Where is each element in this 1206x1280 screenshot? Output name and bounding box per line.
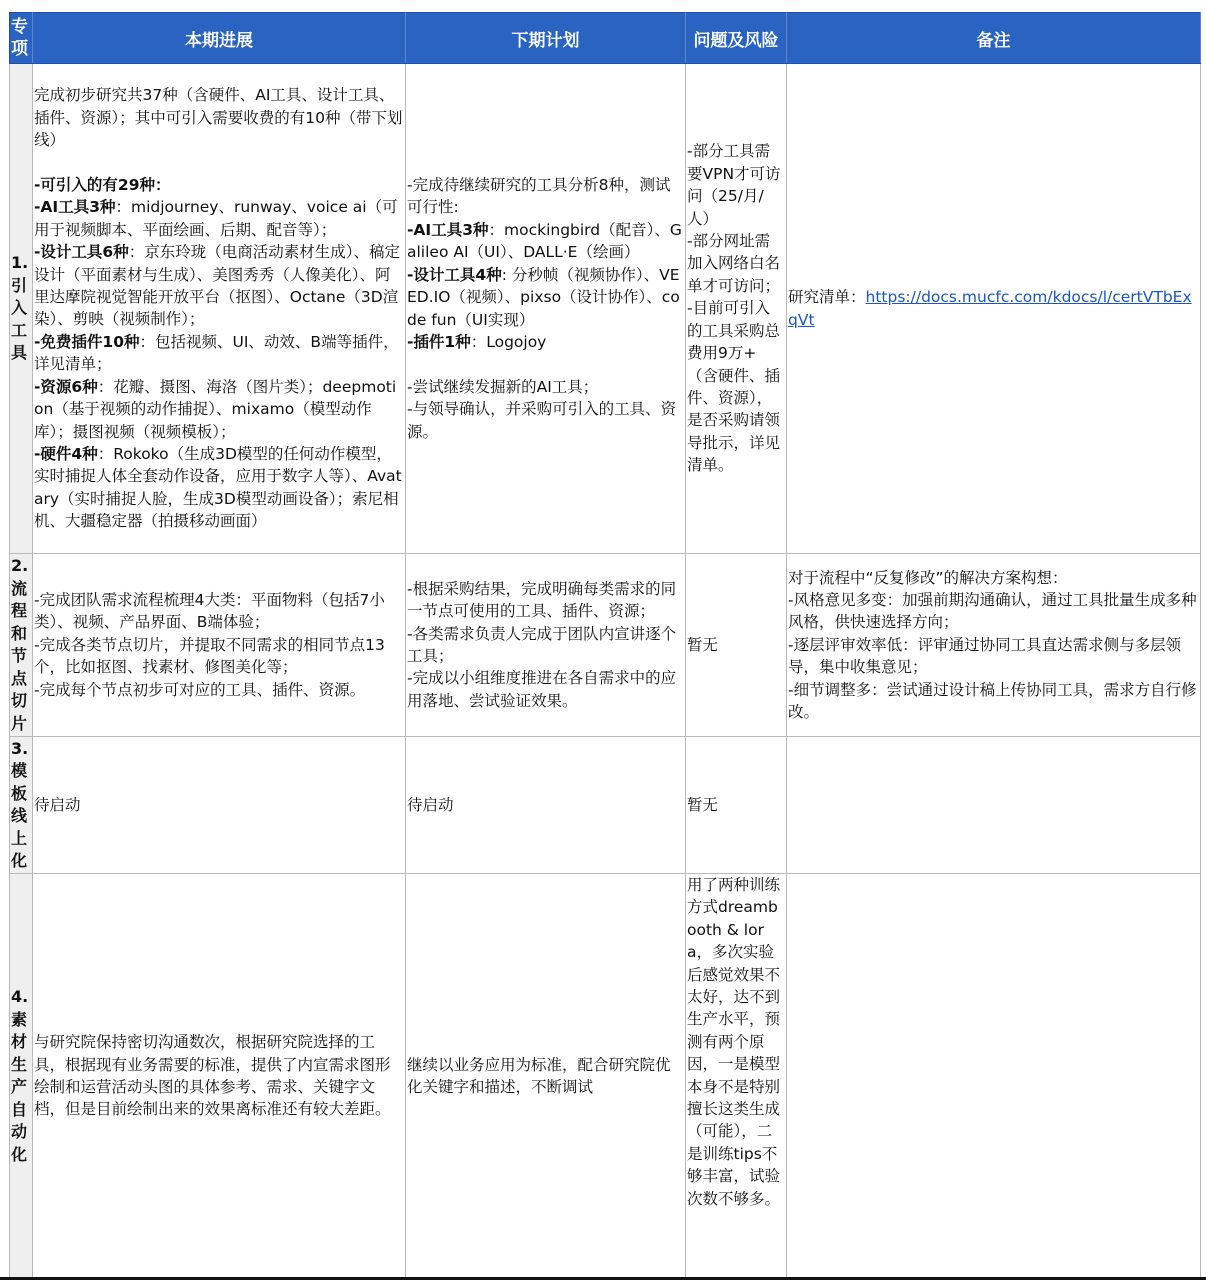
risk-line: 用了两种训练方式dreambooth & lora，多次实验后感觉效果不太好，达… (687, 874, 785, 1210)
risks-cell[interactable]: 暂无 (686, 737, 787, 874)
note-line: -风格意见多变：加强前期沟通确认，通过工具批量生成多种风格，供快速选择方向； (788, 589, 1199, 634)
plan-cell[interactable]: -完成待继续研究的工具分析8种，测试可行性: -AI工具3种：mockingbi… (406, 64, 686, 554)
topic-cell[interactable]: 2.流程和节点切片 (10, 554, 33, 737)
risk-line: 暂无 (687, 794, 785, 816)
bold-label: -AI工具3种 (407, 221, 488, 239)
bold-label: -AI工具3种 (34, 198, 115, 216)
notes-prefix: 研究清单： (788, 288, 866, 306)
notes-cell[interactable] (787, 737, 1201, 874)
plan-line: -尝试继续发掘新的AI工具； (407, 376, 684, 398)
progress-line: 待启动 (34, 794, 404, 816)
plan-line: 继续以业务应用为标准，配合研究院优化关键字和描述，不断调试 (407, 1054, 684, 1099)
risk-line: -目前可引入的工具采购总费用9万+（含硬件、插件、资源），是否采购请领导批示，详… (687, 297, 785, 476)
notes-cell[interactable]: 对于流程中“反复修改”的解决方案构想： -风格意见多变：加强前期沟通确认，通过工… (787, 554, 1201, 737)
blank-line (34, 152, 404, 174)
topic-cell[interactable]: 3.模板线上化 (10, 737, 33, 874)
risks-cell[interactable]: 用了两种训练方式dreambooth & lora，多次实验后感觉效果不太好，达… (686, 874, 787, 1279)
notes-cell[interactable] (787, 874, 1201, 1279)
risk-line: -部分工具需要VPN才可访问（25/月/人） (687, 140, 785, 230)
plan-cell[interactable]: 待启动 (406, 737, 686, 874)
progress-line: -完成团队需求流程梳理4大类：平面物料（包括7小类）、视频、产品界面、B端体验； (34, 589, 404, 634)
progress-line: -硬件4种：Rokoko（生成3D模型的任何动作模型，实时捕捉人体全套动作设备，… (34, 443, 404, 533)
topic-cell[interactable]: 1.引入工具 (10, 64, 33, 554)
bold-label: -免费插件10种 (34, 333, 140, 351)
table-row: 1.引入工具 完成初步研究共37种（含硬件、AI工具、设计工具、插件、资源）；其… (10, 64, 1201, 554)
risk-line: 暂无 (687, 634, 785, 656)
note-line: -细节调整多：尝试通过设计稿上传协同工具，需求方自行修改。 (788, 679, 1199, 724)
progress-line: -AI工具3种：midjourney、runway、voice ai（可用于视频… (34, 196, 404, 241)
bold-label: -插件1种 (407, 333, 471, 351)
progress-line: -资源6种：花瓣、摄图、海洛（图片类）；deepmotion（基于视频的动作捕捉… (34, 376, 404, 443)
progress-line: -设计工具6种：京东玲珑（电商活动素材生成）、稿定设计（平面素材与生成）、美图秀… (34, 241, 404, 331)
progress-line: -可引入的有29种： (34, 174, 404, 196)
plan-cell[interactable]: -根据采购结果，完成明确每类需求的同一节点可使用的工具、插件、资源； -各类需求… (406, 554, 686, 737)
progress-cell[interactable]: -完成团队需求流程梳理4大类：平面物料（包括7小类）、视频、产品界面、B端体验；… (33, 554, 406, 737)
risks-cell[interactable]: -部分工具需要VPN才可访问（25/月/人） -部分网址需加入网络白名单才可访问… (686, 64, 787, 554)
blank-line (407, 353, 684, 375)
notes-cell[interactable]: 研究清单：https://docs.mucfc.com/kdocs/l/cert… (787, 64, 1201, 554)
risks-cell[interactable]: 暂无 (686, 554, 787, 737)
table-row: 4.素材生产自动化 与研究院保持密切沟通数次，根据研究院选择的工具，根据现有业务… (10, 874, 1201, 1279)
progress-report-table: 专项 本期进展 下期计划 问题及风险 备注 1.引入工具 完成初步研究共37种（… (9, 12, 1201, 1279)
plan-line: -完成以小组维度推进在各自需求中的应用落地、尝试验证效果。 (407, 667, 684, 712)
plan-line: -与领导确认，并采购可引入的工具、资源。 (407, 398, 684, 443)
bold-label: -资源6种 (34, 378, 98, 396)
plan-line: -设计工具4种: 分秒帧（视频协作）、VEED.IO（视频）、pixso（设计协… (407, 264, 684, 331)
plan-line: -根据采购结果，完成明确每类需求的同一节点可使用的工具、插件、资源； (407, 578, 684, 623)
topic-cell[interactable]: 4.素材生产自动化 (10, 874, 33, 1279)
header-plan[interactable]: 下期计划 (406, 13, 686, 64)
note-line: -逐层评审效率低：评审通过协同工具直达需求侧与多层领导，集中收集意见； (788, 634, 1199, 679)
progress-line: 完成初步研究共37种（含硬件、AI工具、设计工具、插件、资源）；其中可引入需要收… (34, 84, 404, 151)
progress-line: -完成每个节点初步可对应的工具、插件、资源。 (34, 679, 404, 701)
risk-line: -部分网址需加入网络白名单才可访问； (687, 230, 785, 297)
note-line: 对于流程中“反复修改”的解决方案构想： (788, 567, 1199, 589)
plan-line: -AI工具3种：mockingbird（配音）、Galileo AI（UI）、D… (407, 219, 684, 264)
bold-label: -硬件4种 (34, 445, 98, 463)
table-row: 2.流程和节点切片 -完成团队需求流程梳理4大类：平面物料（包括7小类）、视频、… (10, 554, 1201, 737)
progress-cell[interactable]: 完成初步研究共37种（含硬件、AI工具、设计工具、插件、资源）；其中可引入需要收… (33, 64, 406, 554)
header-row: 专项 本期进展 下期计划 问题及风险 备注 (10, 13, 1201, 64)
header-topic[interactable]: 专项 (10, 13, 33, 64)
plan-cell[interactable]: 继续以业务应用为标准，配合研究院优化关键字和描述，不断调试 (406, 874, 686, 1279)
plan-line: -完成待继续研究的工具分析8种，测试可行性: (407, 174, 684, 219)
table-row: 3.模板线上化 待启动 待启动 暂无 (10, 737, 1201, 874)
bold-label: -设计工具6种 (34, 243, 129, 261)
progress-cell[interactable]: 与研究院保持密切沟通数次，根据研究院选择的工具，根据现有业务需要的标准，提供了内… (33, 874, 406, 1279)
plan-line: 待启动 (407, 794, 684, 816)
plan-line: -插件1种：Logojoy (407, 331, 684, 353)
line-text: ：Logojoy (471, 333, 547, 351)
progress-line: -免费插件10种：包括视频、UI、动效、B端等插件，详见清单； (34, 331, 404, 376)
header-risks[interactable]: 问题及风险 (686, 13, 787, 64)
progress-line: 与研究院保持密切沟通数次，根据研究院选择的工具，根据现有业务需要的标准，提供了内… (34, 1031, 404, 1121)
header-notes[interactable]: 备注 (787, 13, 1201, 64)
progress-cell[interactable]: 待启动 (33, 737, 406, 874)
header-progress[interactable]: 本期进展 (33, 13, 406, 64)
plan-line: -各类需求负责人完成于团队内宣讲逐个工具； (407, 623, 684, 668)
bold-label: -设计工具4种 (407, 266, 502, 284)
progress-line: -完成各类节点切片，并提取不同需求的相同节点13个，比如抠图、找素材、修图美化等… (34, 634, 404, 679)
